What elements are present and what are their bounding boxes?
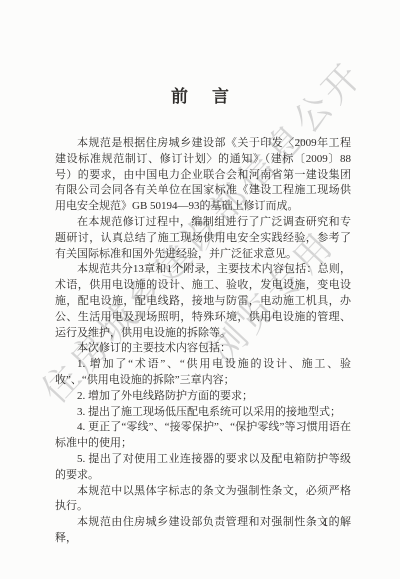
page-title: 前言 xyxy=(0,82,400,107)
paragraph-mandatory-clauses: 本规范中以黑体字标志的条文为强制性条文，必须严格执行。 xyxy=(55,484,351,516)
list-item-2: 2. 增加了外电线路防护方面的要求； xyxy=(55,389,351,405)
paragraph-management: 本规范由住房城乡建设部负责管理和对强制性条文的解释， xyxy=(55,515,351,547)
list-item-1: 1. 增加了“术语”、“供用电设施的设计、施工、验收”、“供用电设施的拆除”三章… xyxy=(55,357,351,389)
document-body: 本规范是根据住房城乡建设部《关于印发〈2009年工程建设标准规范制订、修订计划〉… xyxy=(55,136,351,547)
list-item-4: 4. 更正了“零线”、“接零保护”、“保护零线”等习惯用语在标准中的使用； xyxy=(55,420,351,452)
page-number: · 1 · xyxy=(313,518,341,529)
list-item-3: 3. 提出了施工现场低压配电系统可以采用的接地型式； xyxy=(55,405,351,421)
list-item-5: 5. 提出了对使用工业连接器的要求以及配电箱防护等级的要求。 xyxy=(55,452,351,484)
paragraph-basis: 本规范是根据住房城乡建设部《关于印发〈2009年工程建设标准规范制订、修订计划〉… xyxy=(55,136,351,215)
paragraph-revision-intro: 本次修订的主要技术内容包括： xyxy=(55,341,351,357)
document-page: 住房城乡建设部信息公开 浏览专用 前言 本规范是根据住房城乡建设部《关于印发〈2… xyxy=(0,0,400,579)
paragraph-revision-process: 在本规范修订过程中，编制组进行了广泛调查研究和专题研讨，认真总结了施工现场供用电… xyxy=(55,215,351,262)
paragraph-contents-overview: 本规范共分13章和1个附录，主要技术内容包括：总则，术语，供用电设施的设计、施工… xyxy=(55,262,351,341)
